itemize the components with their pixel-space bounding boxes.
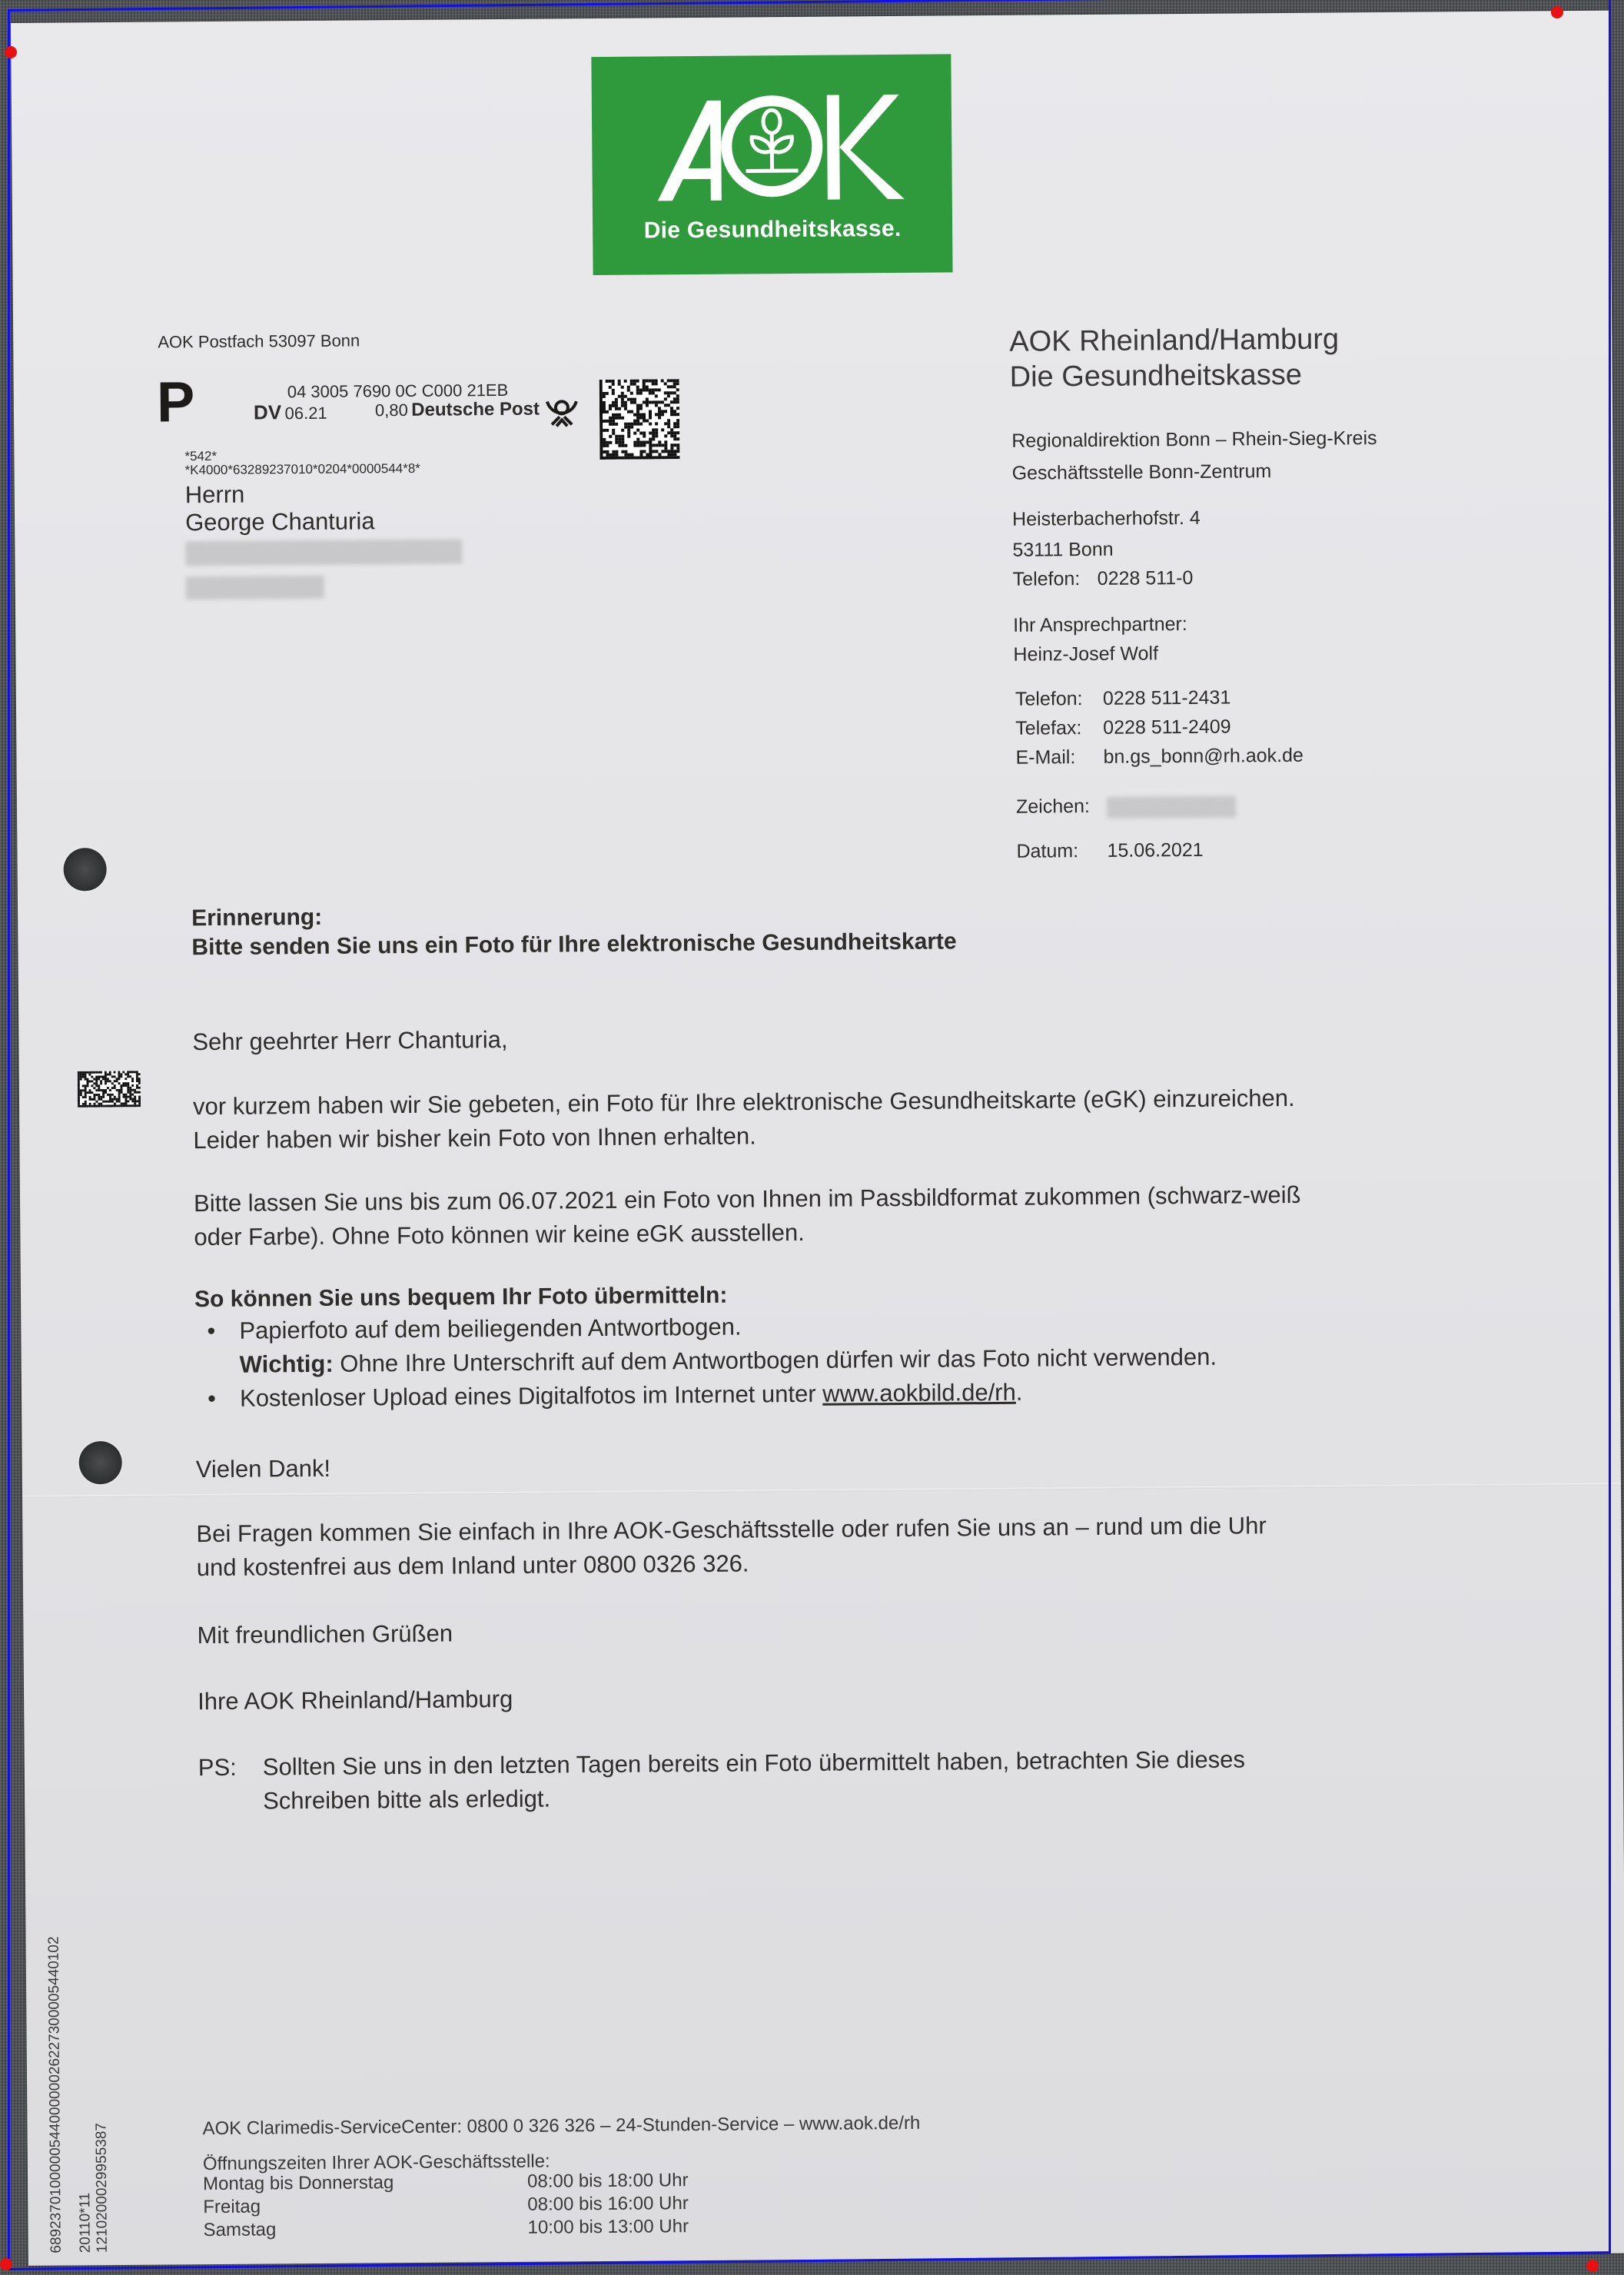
contact-fax: Telefax:0228 511-2409 [1015, 716, 1231, 740]
margin-code-3: 121020002995538​7 [93, 2123, 111, 2253]
margin-code-2: 20110*11 [77, 2193, 95, 2253]
postage-dv-label: DV [254, 400, 281, 423]
email-link[interactable]: bn.gs_bonn@rh.aok.de [1103, 745, 1304, 768]
footer-hours-table: Montag bis Donnerstag08:00 bis 18:00 Uhr… [11, 11, 1609, 23]
postage-p-mark: P [157, 369, 195, 434]
contact-name: Heinz-Josef Wolf [1013, 643, 1158, 666]
ps-label: PS: [198, 1750, 263, 1785]
postscript: PS:Sollten Sie uns in den letzten Tagen … [198, 1741, 1490, 1818]
paragraph-deadline: Bitte lassen Sie uns bis zum 06.07.2021 … [194, 1177, 1486, 1254]
postage-dv-date: 06.21 [284, 404, 327, 423]
letter-date: Datum:15.06.2021 [1016, 839, 1203, 863]
reference-redacted [1107, 796, 1236, 819]
corner-marker-top-right [1551, 6, 1563, 18]
aok-logo: Die Gesundheitskasse. [591, 54, 952, 275]
org-name: AOK Rheinland/Hamburg [1009, 323, 1339, 358]
postage-amount: 0,80 [375, 400, 408, 420]
org-office: Geschäftsstelle Bonn-Zentrum [1012, 460, 1272, 485]
punch-hole-bottom [78, 1441, 121, 1484]
org-division: Regionaldirektion Bonn – Rhein-Sieg-Krei… [1011, 427, 1377, 453]
methods-list: Papierfoto auf dem beiliegenden Antwortb… [194, 1304, 1486, 1416]
contact-email: E-Mail:bn.gs_bonn@rh.aok.de [1015, 745, 1304, 769]
punch-hole-top [63, 848, 106, 891]
contact-label: Ihr Ansprechpartner: [1013, 613, 1187, 637]
recipient-street-redacted [185, 539, 462, 566]
logo-tagline: Die Gesundheitskasse. [593, 215, 952, 244]
routing-line-2: *K4000*63289237010*0204*0000544*8* [185, 461, 420, 478]
closing: Mit freundlichen Grüßen [197, 1609, 1488, 1652]
org-city: 53111 Bonn [1012, 539, 1113, 562]
postage-dv: DV 06.21 [254, 400, 327, 425]
hours-days: Samstag [203, 2219, 276, 2241]
corner-marker-top-left [5, 46, 17, 58]
margin-code-1: 68923701000005440000002622730000544010​2 [46, 1936, 65, 2253]
aokbild-link[interactable]: www.aokbild.de/rh [822, 1379, 1016, 1407]
hours-days: Freitag [203, 2197, 261, 2219]
subject-label: Erinnerung: [191, 905, 322, 932]
subject-title: Bitte senden Sie uns ein Foto für Ihre e… [191, 928, 956, 961]
contact-phone: Telefon:0228 511-2431 [1015, 687, 1231, 711]
corner-marker-bottom-right [1586, 2260, 1599, 2272]
hours-days: Montag bis Donnerstag [203, 2172, 394, 2195]
postage-datamatrix [599, 379, 680, 460]
recipient-city-redacted [186, 576, 324, 599]
hours-time: 08:00 bis 18:00 Uhr [527, 2170, 689, 2193]
org-street: Heisterbacherhofstr. 4 [1012, 507, 1201, 531]
postage-carrier-name: Deutsche Post [411, 399, 540, 420]
recipient-name: George Chanturia [185, 507, 375, 536]
greeting: Sehr geehrter Herr Chanturia, [192, 1015, 1483, 1059]
reference: Zeichen: [1016, 795, 1090, 819]
letter-sheet: Die Gesundheitskasse. AOK Postfach 53097… [11, 11, 1624, 2266]
hours-time: 10:00 bis 13:00 Uhr [527, 2216, 689, 2239]
paragraph-questions: Bei Fragen kommen Sie einfach in Ihre AO… [196, 1507, 1488, 1585]
recipient-salutation: Herrn [185, 481, 245, 510]
org-subtitle: Die Gesundheitskasse [1009, 359, 1302, 394]
corner-marker-bottom-left [0, 2258, 12, 2270]
methods-heading: So können Sie uns bequem Ihr Foto übermi… [194, 1283, 728, 1313]
method-paper-photo: Papierfoto auf dem beiliegenden Antwortb… [194, 1304, 1486, 1382]
footer-service-line: AOK Clarimedis-ServiceCenter: 0800 0 326… [202, 2113, 920, 2140]
return-address: AOK Postfach 53097 Bonn [158, 330, 360, 352]
paragraph-reminder: vor kurzem haben wir Sie gebeten, ein Fo… [193, 1080, 1485, 1157]
org-phone: Telefon:0228 511-0 [1013, 567, 1194, 591]
post-horn-icon [544, 397, 580, 427]
postage-carrier: 0,80 Deutsche Post [375, 399, 540, 422]
signature: Ihre AOK Rheinland/Hamburg [198, 1675, 1489, 1719]
hours-time: 08:00 bis 16:00 Uhr [527, 2193, 689, 2216]
thanks: Vielen Dank! [196, 1443, 1487, 1486]
side-datamatrix [78, 1071, 141, 1108]
